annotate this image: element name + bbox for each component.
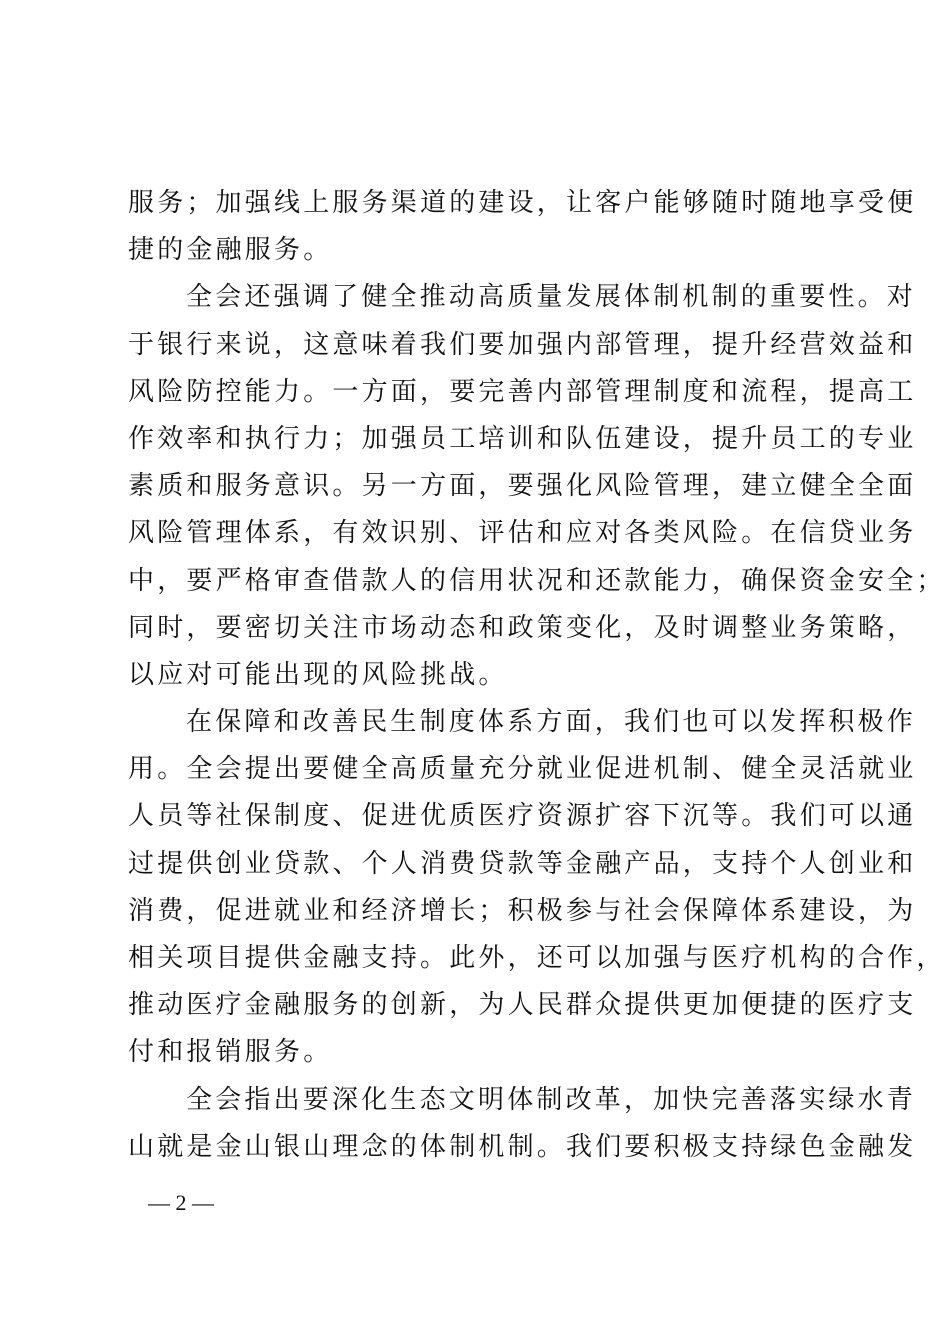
document-page: 服务；加强线上服务渠道的建设，让客户能够随时随地享受便 捷的金融服务。 全会还强…	[0, 0, 950, 1344]
text-line: 风险防控能力。一方面，要完善内部管理制度和流程，提高工	[128, 369, 832, 416]
text-line: 以应对可能出现的风险挑战。	[128, 652, 832, 699]
text-line: 推动医疗金融服务的创新，为人民群众提供更加便捷的医疗支	[128, 982, 832, 1029]
paragraph-start-line: 全会还强调了健全推动高质量发展体制机制的重要性。对	[128, 274, 832, 321]
text-line: 风险管理体系，有效识别、评估和应对各类风险。在信贷业务	[128, 510, 832, 557]
text-line: 素质和服务意识。另一方面，要强化风险管理，建立健全全面	[128, 463, 832, 510]
text-line: 消费，促进就业和经济增长；积极参与社会保障体系建设，为	[128, 888, 832, 935]
body-text: 服务；加强线上服务渠道的建设，让客户能够随时随地享受便 捷的金融服务。 全会还强…	[128, 180, 832, 1171]
text-line: 人员等社保制度、促进优质医疗资源扩容下沉等。我们可以通	[128, 793, 832, 840]
text-line: 相关项目提供金融支持。此外，还可以加强与医疗机构的合作，	[128, 935, 832, 982]
text-line: 过提供创业贷款、个人消费贷款等金融产品，支持个人创业和	[128, 841, 832, 888]
text-line: 捷的金融服务。	[128, 227, 832, 274]
text-line: 中，要严格审查借款人的信用状况和还款能力，确保资金安全；	[128, 558, 832, 605]
text-line: 服务；加强线上服务渠道的建设，让客户能够随时随地享受便	[128, 180, 832, 227]
text-line: 于银行来说，这意味着我们要加强内部管理，提升经营效益和	[128, 322, 832, 369]
text-line: 用。全会提出要健全高质量充分就业促进机制、健全灵活就业	[128, 746, 832, 793]
text-line: 同时，要密切关注市场动态和政策变化，及时调整业务策略，	[128, 605, 832, 652]
paragraph-start-line: 全会指出要深化生态文明体制改革，加快完善落实绿水青	[128, 1077, 832, 1124]
text-line: 山就是金山银山理念的体制机制。我们要积极支持绿色金融发	[128, 1124, 832, 1171]
text-line: 付和报销服务。	[128, 1029, 832, 1076]
text-line: 作效率和执行力；加强员工培训和队伍建设，提升员工的专业	[128, 416, 832, 463]
paragraph-start-line: 在保障和改善民生制度体系方面，我们也可以发挥积极作	[128, 699, 832, 746]
page-number: — 2 —	[148, 1190, 214, 1216]
